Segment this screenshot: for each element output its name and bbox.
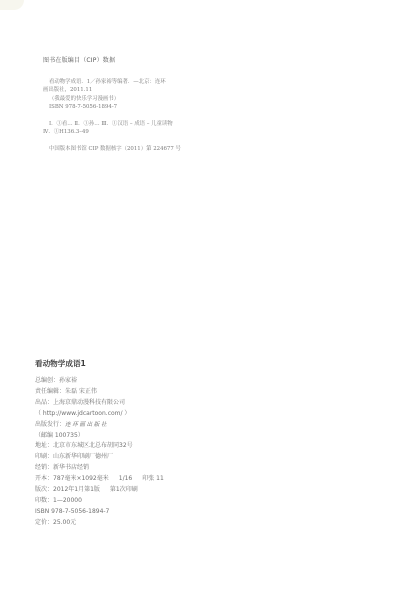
publisher-line: 出版发行：连环画出版社 (35, 420, 265, 431)
format-sheets: 印张 11 (142, 475, 164, 482)
postcode: （邮编 100735） (35, 431, 265, 442)
cip-record-number: 中国版本图书馆 CIP 数据核字（2011）第 224677 号 (43, 145, 243, 153)
cip-isbn-line: ISBN 978-7-5056-1894-7 (43, 103, 243, 111)
website-link: （ http://www.jdcartoon.com/ ） (35, 409, 265, 420)
format-fold: 1/16 (119, 475, 132, 482)
cip-classification-line: Ⅰ．①看… Ⅱ．①孙… Ⅲ．①汉语 – 成语 – 儿童读物 (43, 120, 243, 128)
cip-classification-line: Ⅳ．①H136.3–49 (43, 128, 243, 136)
cip-data-block: 图书在版编目（CIP）数据 看动物学成语．1／孙家裕等编著．—北京：连环 画出版… (43, 55, 243, 153)
price: 定价：25.00元 (35, 518, 265, 529)
address: 地址：北京市东城区北总布胡同32号 (35, 441, 265, 452)
chief-editor: 总编创：孙家裕 (35, 376, 265, 387)
edition-line: 版次：2012年1月第1版第1次印刷 (35, 485, 265, 496)
format-line: 开本：787毫米×1092毫米1/16印张 11 (35, 474, 265, 485)
responsible-editor: 责任编辑：朱磊 宋正伟 (35, 387, 265, 398)
edition: 版次：2012年1月第1版 (35, 486, 100, 493)
scan-corner-mark (0, 0, 24, 10)
book-title: 看动物学成语1 (35, 358, 265, 369)
format-size: 开本：787毫米×1092毫米 (35, 475, 109, 482)
cip-series-line: （我最爱的快乐学习漫画书） (43, 95, 243, 103)
colophon-block: 看动物学成语1 总编创：孙家裕 责任编辑：朱磊 宋正伟 出品：上海京鼎动漫科技有… (35, 358, 265, 529)
printer: 印刷：山东新华印刷厂德州厂 (35, 452, 265, 463)
distributor: 经销：新华书店经销 (35, 463, 265, 474)
cip-entry-line: 看动物学成语．1／孙家裕等编著．—北京：连环 (43, 78, 243, 86)
cip-heading: 图书在版编目（CIP）数据 (43, 55, 243, 64)
printing: 第1次印刷 (110, 486, 138, 493)
producer: 出品：上海京鼎动漫科技有限公司 (35, 398, 265, 409)
publisher-name: 连环画出版社 (65, 422, 108, 428)
print-run: 印数：1—20000 (35, 496, 265, 507)
cip-entry-line: 画出版社，2011.11 (43, 86, 243, 94)
publisher-label: 出版发行： (35, 421, 65, 428)
isbn: ISBN 978-7-5056-1894-7 (35, 507, 265, 518)
